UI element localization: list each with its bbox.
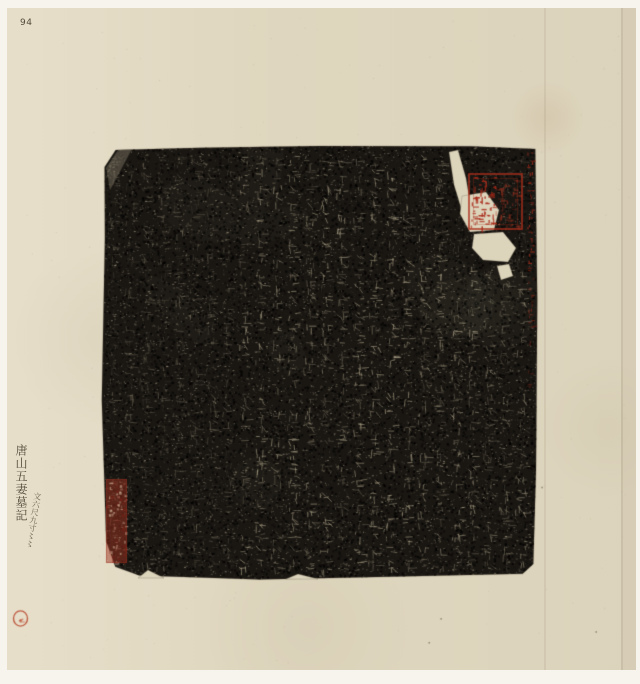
collector-seal-left-edge [105, 478, 128, 564]
red-edge-inscription [526, 150, 538, 392]
scan-root: 94 唐山五妻墓記 文六尺九寸〻〻 [0, 0, 640, 684]
page-number: 94 [20, 18, 32, 28]
margin-annotation-title: 唐山五妻墓記 [14, 444, 28, 522]
collector-seal-oval [12, 610, 29, 627]
collector-seal-top-right [468, 173, 523, 230]
